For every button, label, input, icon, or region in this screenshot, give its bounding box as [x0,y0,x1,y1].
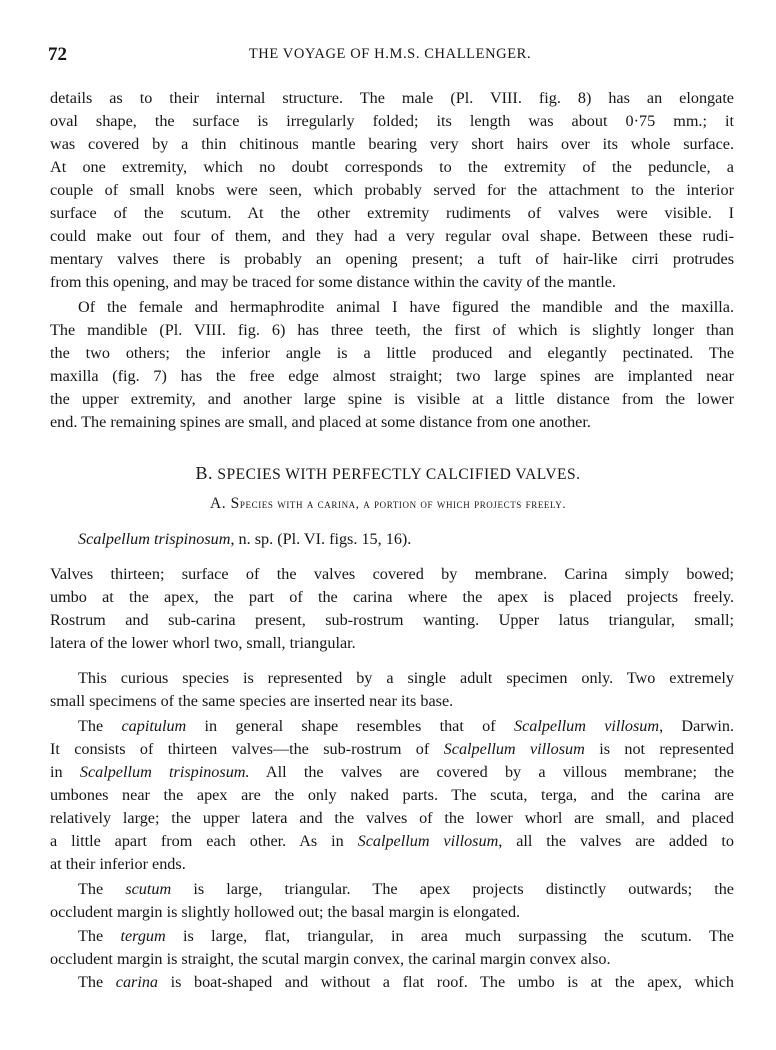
text-run: The [78,880,125,898]
text-line: The carina is boat-shaped and without a … [78,971,734,993]
text-line: The scutum is large, triangular. The ape… [78,878,734,900]
text-run: The [78,927,120,945]
text-line: umbo at the apex, the part of the carina… [50,586,734,608]
text-run: , all the valves are added to [498,832,734,850]
term-carina: carina [116,973,158,991]
text-line: in Scalpellum trispinosum. All the valve… [50,761,734,783]
species-title: Scalpellum trispinosum, n. sp. (Pl. VI. … [78,530,411,549]
text-line: relatively large; the upper latera and t… [50,807,734,829]
text-line: was covered by a thin chitinous mantle b… [50,133,734,155]
running-head: 72 THE VOYAGE OF H.M.S. CHALLENGER. [48,44,732,68]
section-letter: B. [196,463,214,483]
text-line: end. The remaining spines are small, and… [50,411,734,433]
text-line: occludent margin is slightly hollowed ou… [50,901,734,923]
text-line: a little apart from each other. As in Sc… [50,830,734,852]
species-reference: , n. sp. (Pl. VI. figs. 15, 16). [230,530,411,548]
species-reference: Scalpellum villosum [444,740,585,758]
text-run: , Darwin. [659,717,734,735]
text-run: is large, flat, triangular, in area much… [166,927,734,945]
text-line: oval shape, the surface is irregularly f… [50,110,734,132]
section-title: SPECIES WITH PERFECTLY CALCIFIED VALVES. [213,466,580,483]
text-run: in general shape resembles that of [186,717,514,735]
text-line: maxilla (fig. 7) has the free edge almos… [50,365,734,387]
text-run: is not represented [585,740,734,758]
text-run: The [78,717,121,735]
text-line: The mandible (Pl. VIII. fig. 6) has thre… [50,319,734,341]
text-line: mentary valves there is probably an open… [50,248,734,270]
text-line: At one extremity, which no doubt corresp… [50,156,734,178]
text-run: The [78,973,116,991]
subsection-letter: A. S [210,495,240,512]
section-heading-b: B. SPECIES WITH PERFECTLY CALCIFIED VALV… [0,463,776,484]
text-run: in [50,763,80,781]
subsection-heading-a: A. Species with a carina, a portion of w… [0,495,776,513]
text-line: latera of the lower whorl two, small, tr… [50,632,734,654]
running-title: THE VOYAGE OF H.M.S. CHALLENGER. [48,46,732,63]
text-line: at their inferior ends. [50,853,734,875]
text-line: Valves thirteen; surface of the valves c… [50,563,734,585]
text-line: umbones near the apex are the only naked… [50,784,734,806]
book-page: 72 THE VOYAGE OF H.M.S. CHALLENGER. deta… [0,0,776,1050]
term-tergum: tergum [120,927,165,945]
text-run: a little apart from each other. As in [50,832,358,850]
text-run: is boat-shaped and without a flat roof. … [158,973,734,991]
text-line: from this opening, and may be traced for… [50,271,734,293]
term-scutum: scutum [125,880,171,898]
text-line: It consists of thirteen valves—the sub-r… [50,738,734,760]
text-line: details as to their internal structure. … [50,87,734,109]
species-reference: Scalpellum villosum [514,717,659,735]
text-run: All the valves are covered by a villous … [250,763,734,781]
subsection-title: pecies with a carina, a portion of which… [240,497,566,511]
text-line: The capitulum in general shape resembles… [78,715,734,737]
text-line: couple of small knobs were seen, which p… [50,179,734,201]
text-line: the two others; the inferior angle is a … [50,342,734,364]
species-name: Scalpellum trispinosum [78,530,230,548]
text-line: small specimens of the same species are … [50,690,734,712]
text-line: the upper extremity, and another large s… [50,388,734,410]
text-line: Rostrum and sub-carina present, sub-rost… [50,609,734,631]
text-line: Of the female and hermaphrodite animal I… [78,296,734,318]
text-line: This curious species is represented by a… [78,667,734,689]
species-reference: Scalpellum trispinosum. [80,763,250,781]
text-run: is large, triangular. The apex projects … [171,880,734,898]
text-run: It consists of thirteen valves—the sub-r… [50,740,444,758]
species-reference: Scalpellum villosum [358,832,499,850]
text-line: could make out four of them, and they ha… [50,225,734,247]
text-line: occludent margin is straight, the scutal… [50,948,734,970]
term-capitulum: capitulum [121,717,186,735]
text-line: surface of the scutum. At the other extr… [50,202,734,224]
text-line: The tergum is large, flat, triangular, i… [78,925,734,947]
